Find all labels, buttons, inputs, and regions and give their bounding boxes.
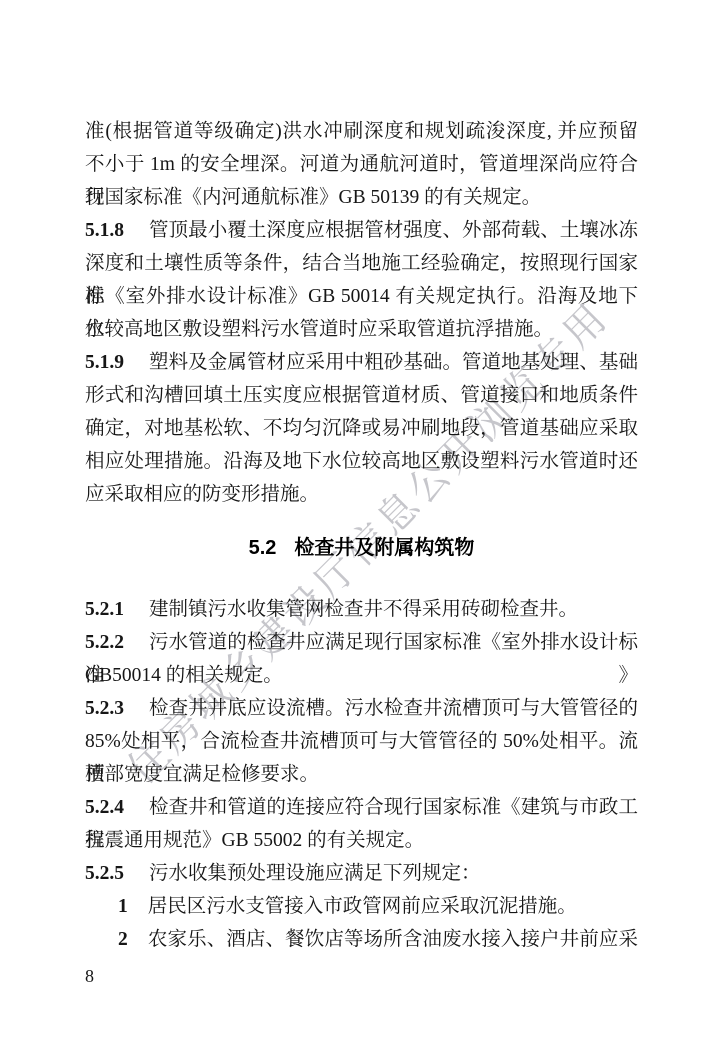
clause-number: 5.1.8 [85,220,124,241]
line-text: GB50014 的相关规定。 [85,665,283,686]
line-text: 准(根据管道等级确定)洪水冲刷深度和规划疏浚深度, 并应预留 [85,121,638,142]
line-text: 农家乐、酒店、餐饮店等场所含油废水接入接户井前应采 [148,929,638,950]
text-line: 相应处理措施。沿海及地下水位较高地区敷设塑料污水管道时还 [85,445,638,478]
paragraph-block-lower: 5.2.1建制镇污水收集管网检查井不得采用砖砌检查井。5.2.2污水管道的检查井… [85,593,638,956]
clause-number: 2 [118,929,128,950]
clause-number: 1 [118,896,128,917]
clause-number: 5.2.2 [85,632,124,653]
section-heading-number: 5.2 [249,537,277,559]
line-text: 行国家标准《内河通航标准》GB 50139 的有关规定。 [85,187,541,208]
text-line: 5.2.3检查井井底应设流槽。污水检查井流槽顶可与大管管径的 [85,692,638,725]
line-text: 检查井井底应设流槽。污水检查井流槽顶可与大管管径的 [149,698,638,719]
text-line: 5.1.8管顶最小覆土深度应根据管材强度、外部荷载、土壤冰冻 [85,214,638,247]
text-line: 形式和沟槽回填土压实度应根据管道材质、管道接口和地质条件 [85,379,638,412]
line-text: 管顶最小覆土深度应根据管材强度、外部荷载、土壤冰冻 [149,220,638,241]
section-heading-title: 检查井及附属构筑物 [294,537,474,559]
text-line: 深度和土壤性质等条件，结合当地施工经验确定，按照现行国家标 [85,247,638,280]
page-content: 准(根据管道等级确定)洪水冲刷深度和规划疏浚深度, 并应预留不小于 1m 的安全… [85,115,638,993]
page-number: 8 [85,960,638,993]
line-text: 确定，对地基松软、不均匀沉降或易冲刷地段，管道基础应采取 [85,418,638,439]
text-line: 准《室外排水设计标准》GB 50014 有关规定执行。沿海及地下水 [85,280,638,313]
clause-number: 5.2.4 [85,797,124,818]
clause-number: 5.2.1 [85,599,124,620]
line-text: 相应处理措施。沿海及地下水位较高地区敷设塑料污水管道时还 [85,451,638,472]
text-line: 5.2.4检查井和管道的连接应符合现行国家标准《建筑与市政工程 [85,791,638,824]
text-line: 抗震通用规范》GB 55002 的有关规定。 [85,824,638,857]
line-text: 污水收集预处理设施应满足下列规定： [149,863,481,884]
text-line: 5.2.5污水收集预处理设施应满足下列规定： [85,857,638,890]
text-line: 5.1.9塑料及金属管材应采用中粗砂基础。管道地基处理、基础 [85,346,638,379]
section-heading: 5.2检查井及附属构筑物 [85,532,638,565]
text-line: 应采取相应的防变形措施。 [85,478,638,511]
line-text: 抗震通用规范》GB 55002 的有关规定。 [85,830,424,851]
text-line: 行国家标准《内河通航标准》GB 50139 的有关规定。 [85,181,638,214]
clause-number: 5.2.3 [85,698,124,719]
text-line: 位较高地区敷设塑料污水管道时应采取管道抗浮措施。 [85,313,638,346]
text-line: 确定，对地基松软、不均匀沉降或易冲刷地段，管道基础应采取 [85,412,638,445]
line-text: 形式和沟槽回填土压实度应根据管道材质、管道接口和地质条件 [85,385,638,406]
text-line: 85%处相平，合流检查井流槽顶可与大管管径的 50%处相平。流槽 [85,725,638,758]
clause-number: 5.2.5 [85,863,124,884]
line-text: 建制镇污水收集管网检查井不得采用砖砌检查井。 [149,599,578,620]
text-line: 准(根据管道等级确定)洪水冲刷深度和规划疏浚深度, 并应预留 [85,115,638,148]
text-line: 不小于 1m 的安全埋深。河道为通航河道时，管道埋深尚应符合现 [85,148,638,181]
line-text: 应采取相应的防变形措施。 [85,484,319,505]
text-line: 顶部宽度宜满足检修要求。 [85,758,638,791]
paragraph-block-upper: 准(根据管道等级确定)洪水冲刷深度和规划疏浚深度, 并应预留不小于 1m 的安全… [85,115,638,511]
text-line: 5.2.2污水管道的检查井应满足现行国家标准《室外排水设计标准》 [85,626,638,659]
line-text: 位较高地区敷设塑料污水管道时应采取管道抗浮措施。 [85,319,553,340]
text-line: 5.2.1建制镇污水收集管网检查井不得采用砖砌检查井。 [85,593,638,626]
clause-number: 5.1.9 [85,352,124,373]
line-text: 塑料及金属管材应采用中粗砂基础。管道地基处理、基础 [149,352,638,373]
document-page: 住房城乡建设厅信息公开浏览专用 准(根据管道等级确定)洪水冲刷深度和规划疏浚深度… [0,0,720,1044]
line-text: 居民区污水支管接入市政管网前应采取沉泥措施。 [148,896,577,917]
line-text: 顶部宽度宜满足检修要求。 [85,764,319,785]
list-item-line: 2农家乐、酒店、餐饮店等场所含油废水接入接户井前应采 [85,923,638,956]
list-item-line: 1居民区污水支管接入市政管网前应采取沉泥措施。 [85,890,638,923]
